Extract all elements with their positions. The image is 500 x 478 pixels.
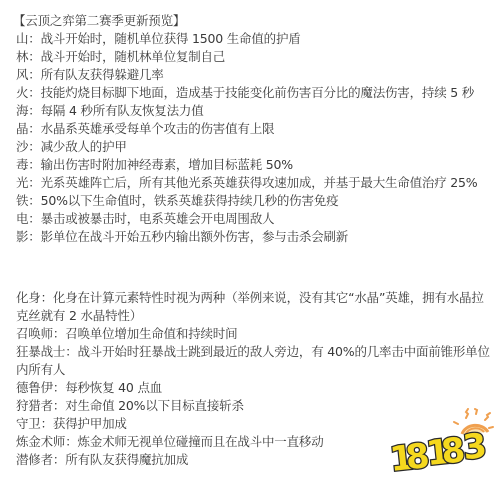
trait-berserker: 狂暴战士：战斗开始时狂暴战士跳到最近的敌人旁边，有 40%的几率击中面前锥形单位… (16, 343, 491, 379)
trait-shadow: 影：影单位在战斗开始五秒内输出额外伤害，参与击杀会刷新 (16, 228, 491, 246)
trait-poison: 毒：输出伤害时附加神经毒素，增加目标蓝耗 50% (16, 156, 491, 174)
trait-druid: 德鲁伊：每秒恢复 40 点血 (16, 379, 491, 397)
trait-light: 光：光系英雄阵亡后，所有其他光系英雄获得攻速加成，并基于最大生命值治疗 25% (16, 174, 491, 192)
trait-ocean: 海：每隔 4 秒所有队友恢复法力值 (16, 102, 491, 120)
season-preview-section: 【云顶之弈第二赛季更新预览】 山：战斗开始时，随机单位获得 1500 生命值的护… (16, 12, 491, 246)
trait-inferno: 火：技能灼烧目标脚下地面，造成基于技能变化前伤害百分比的魔法伤害，持续 5 秒 (16, 84, 491, 102)
trait-mountain: 山：战斗开始时，随机单位获得 1500 生命值的护盾 (16, 30, 491, 48)
svg-text:3: 3 (461, 426, 489, 468)
trait-woodland: 林：战斗开始时，随机林单位复制自己 (16, 48, 491, 66)
trait-crystal: 晶：水晶系英雄承受每单个攻击的伤害值有上限 (16, 120, 491, 138)
trait-summoner: 召唤师：召唤单位增加生命值和持续时间 (16, 325, 491, 343)
trait-avatar: 化身：化身在计算元素特性时视为两种（举例来说，没有其它“水晶”英雄，拥有水晶拉克… (16, 289, 491, 325)
watermark-logo: 1 8 1 8 3 (388, 408, 498, 476)
trait-wind: 风：所有队友获得躲避几率 (16, 66, 491, 84)
section-title: 【云顶之弈第二赛季更新预览】 (13, 12, 491, 30)
trait-steel: 铁：50%以下生命值时，铁系英雄获得持续几秒的伤害免疫 (16, 192, 491, 210)
trait-desert: 沙：减少敌人的护甲 (16, 138, 491, 156)
trait-electric: 电：暴击或被暴击时，电系英雄会开电周围敌人 (16, 210, 491, 228)
18183-logo-icon: 1 8 1 8 3 (388, 408, 498, 476)
